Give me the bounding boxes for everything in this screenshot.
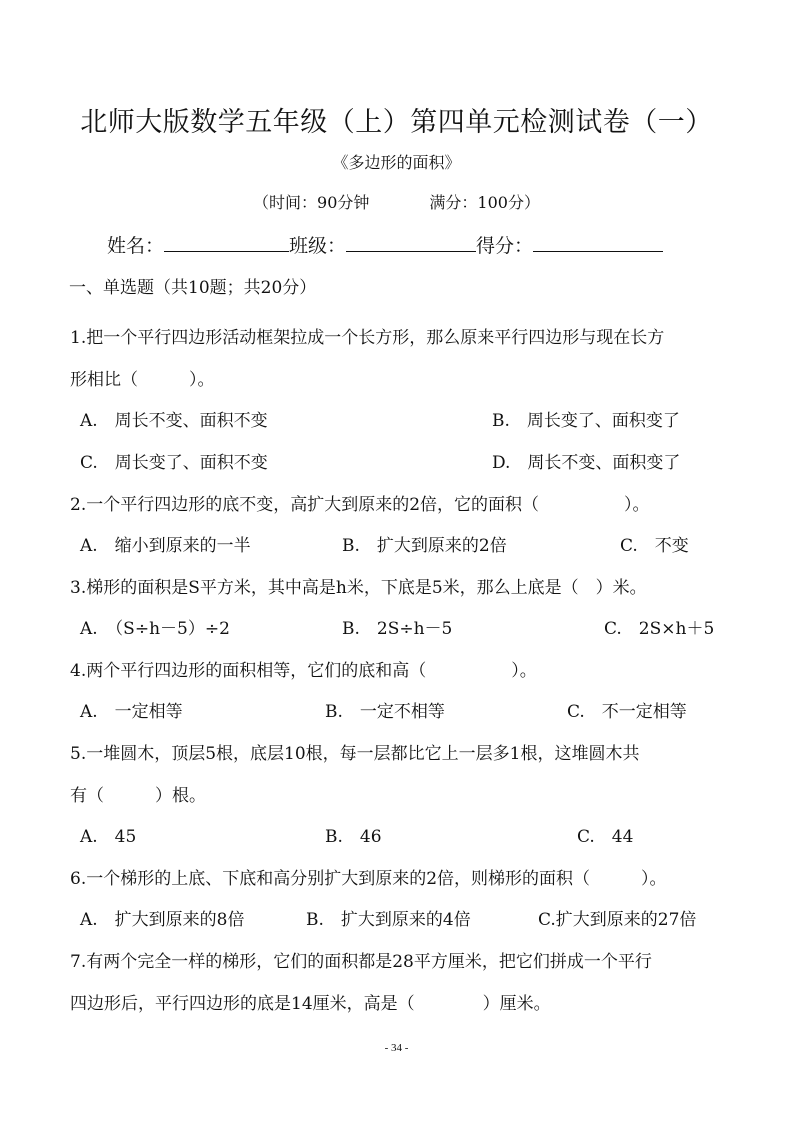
q2-option-c: C. 不变 [620,531,689,556]
q6-option-c: C.扩大到原来的27倍 [538,905,696,930]
score-label: 得分： [476,235,533,257]
page-title: 北师大版数学五年级（上）第四单元检测试卷（一） [0,100,793,139]
question-5-line-1: 5.一堆圆木，顶层5根，底层10根，每一层都比它上一层多1根，这堆圆木共 [70,739,639,764]
question-3: 3.梯形的面积是S平方米，其中高是h米，下底是5米，那么上底是（ ）米。 [70,573,647,598]
q3-option-a: A. （S÷h－5）÷2 [80,614,230,639]
class-blank[interactable] [346,233,476,252]
student-info-row: 姓名：班级：得分： [107,231,663,258]
q3-option-b: B. 2S÷h－5 [342,614,452,639]
q5-option-b: B. 46 [325,822,382,847]
question-1-line-2: 形相比（ ）。 [70,365,215,390]
q4-option-a: A. 一定相等 [80,697,183,722]
question-4: 4.两个平行四边形的面积相等，它们的底和高（ ）。 [70,656,537,681]
q2-option-b: B. 扩大到原来的2倍 [342,531,507,556]
question-6: 6.一个梯形的上底、下底和高分别扩大到原来的2倍，则梯形的面积（ ）。 [70,864,667,889]
q4-option-b: B. 一定不相等 [325,697,445,722]
q5-option-c: C. 44 [577,822,633,847]
question-1-line-1: 1.把一个平行四边形活动框架拉成一个长方形，那么原来平行四边形与现在长方 [70,323,664,348]
exam-total-score: 满分：100分） [429,193,540,212]
question-7-line-2: 四边形后，平行四边形的底是14厘米，高是（ ）厘米。 [70,989,551,1014]
class-label: 班级： [289,235,346,257]
q1-option-c: C. 周长变了、面积不变 [80,448,268,473]
section-heading: 一、单选题（共10题；共20分） [69,273,316,298]
q6-option-b: B. 扩大到原来的4倍 [306,905,471,930]
page-number: - 34 - [0,1042,793,1054]
score-blank[interactable] [533,233,663,252]
exam-meta: （时间：90分钟满分：100分） [0,190,793,213]
question-2: 2.一个平行四边形的底不变，高扩大到原来的2倍，它的面积（ ）。 [70,490,650,515]
page-subtitle: 《多边形的面积》 [0,150,793,173]
q4-option-c: C. 不一定相等 [567,697,687,722]
q3-option-c: C. 2S×h＋5 [604,614,714,639]
q1-option-d: D. 周长不变、面积变了 [492,448,680,473]
q6-option-a: A. 扩大到原来的8倍 [80,905,245,930]
q5-option-a: A. 45 [80,822,136,847]
question-5-line-2: 有（ ）根。 [70,781,206,806]
q1-option-a: A. 周长不变、面积不变 [80,406,268,431]
q1-option-b: B. 周长变了、面积变了 [492,406,680,431]
question-7-line-1: 7.有两个完全一样的梯形，它们的面积都是28平方厘米，把它们拼成一个平行 [70,947,652,972]
exam-time: （时间：90分钟 [253,193,369,212]
name-blank[interactable] [164,233,289,252]
name-label: 姓名： [107,235,164,257]
q2-option-a: A. 缩小到原来的一半 [80,531,251,556]
